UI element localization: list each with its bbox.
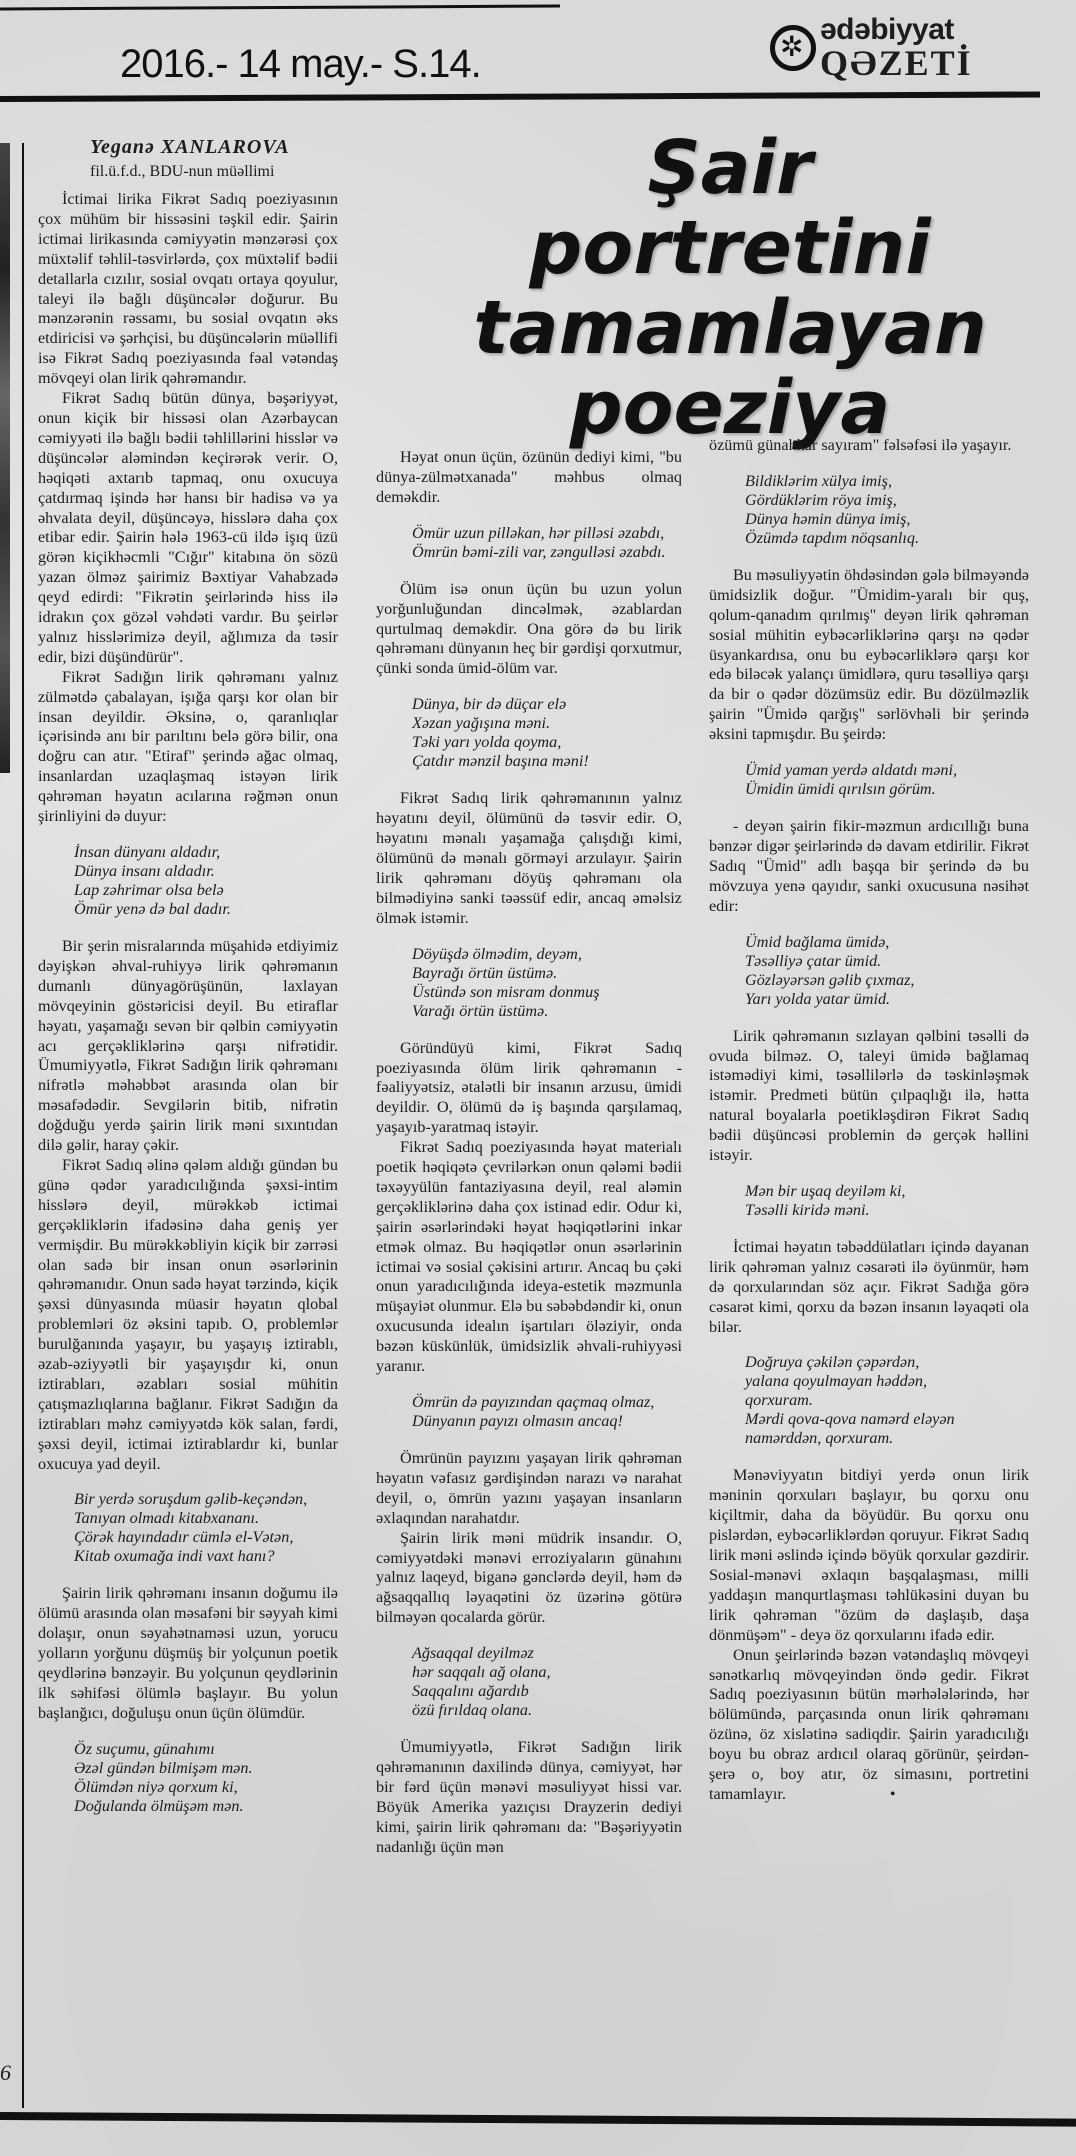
poem-line: Varağı örtün üstümə. <box>412 1002 682 1021</box>
article-paragraph: Həyat onun üçün, özünün dediyi kimi, "bu… <box>376 448 682 508</box>
poem-line: Təsəlli kiridə məni. <box>745 1201 1029 1220</box>
article-paragraph: Mənəviyyatın bitdiyi yerdə onun lirik mə… <box>709 1466 1029 1645</box>
citation-stamp: 2016.- 14 may.- S.14. <box>120 42 481 87</box>
article-paragraph: Fikrət Sadıq bütün dünya, bəşəriyyət, on… <box>38 389 338 668</box>
poem-excerpt: Doğruya çəkilən çəpərdən,yalana qoyulmay… <box>745 1353 1029 1448</box>
article-paragraph: Göründüyü kimi, Fikrət Sadıq poeziyasınd… <box>376 1039 682 1139</box>
poem-line: Bayrağı örtün üstümə. <box>412 964 682 983</box>
header-rule <box>0 91 1040 102</box>
newspaper-masthead: ədəbiyyat QƏZETİ <box>770 10 1010 86</box>
poem-line: Əzəl gündən bilmişəm mən. <box>74 1759 338 1778</box>
poem-line: Bir yerdə soruşdum gəlib-keçəndən, <box>74 1490 338 1509</box>
article-paragraph: Fikrət Sadıq lirik qəhrəmanının yalnız h… <box>376 789 682 928</box>
column-separator <box>22 143 24 2108</box>
poem-line: Üstündə son misram donmuş <box>412 983 682 1002</box>
poem-line: Ölümdən niyə qorxum ki, <box>74 1778 338 1797</box>
article-paragraph: Fikrət Sadığın lirik qəhrəmanı yalnız zü… <box>38 668 338 827</box>
poem-excerpt: Öz suçumu, günahımıƏzəl gündən bilmişəm … <box>74 1740 338 1816</box>
article-paragraph: Ömrünün payızını yaşayan lirik qəhrəman … <box>376 1449 682 1529</box>
poem-excerpt: Ümid yaman yerdə aldatdı məni,Ümidin ümi… <box>745 761 1029 799</box>
poem-excerpt: Döyüşdə ölmədim, deyəm,Bayrağı örtün üst… <box>412 945 682 1021</box>
adjacent-photo-edge <box>0 143 10 773</box>
poem-line: Döyüşdə ölmədim, deyəm, <box>412 945 682 964</box>
article-paragraph: Fikrət Sadıq poeziyasında həyat material… <box>376 1138 682 1377</box>
poem-line: Gördüklərim röya imiş, <box>745 491 1029 510</box>
article-headline: Şair portretini tamamlayan poeziya <box>450 128 1010 448</box>
article-column-1: İctimai lirika Fikrət Sadıq poeziyasının… <box>38 190 338 1834</box>
poem-excerpt: Ağsaqqal deyilməzhər saqqalı ağ olana,Sa… <box>412 1644 682 1720</box>
poem-line: Təsəlliyə çatar ümid. <box>745 952 1029 971</box>
poem-line: Dünya, bir də düçar elə <box>412 695 682 714</box>
poem-line: qorxuram. <box>745 1391 1029 1410</box>
poem-excerpt: Dünya, bir də düçar eləXəzan yağışına mə… <box>412 695 682 771</box>
footer-rule <box>0 2112 1076 2127</box>
poem-line: özü fırıldaq olana. <box>412 1701 682 1720</box>
author-affiliation: fil.ü.f.d., BDU-nun müəllimi <box>90 163 290 181</box>
article-paragraph: Fikrət Sadıq əlinə qələm aldığı gündən b… <box>38 1156 338 1475</box>
poem-line: Ömür uzun pilləkan, hər pilləsi əzabdı, <box>412 524 682 543</box>
article-column-2: Həyat onun üçün, özünün dediyi kimi, "bu… <box>376 448 682 1858</box>
poem-line: Doğulanda ölmüşəm mən. <box>74 1797 338 1816</box>
poem-line: Ömrün də payızından qaçmaq olmaz, <box>412 1393 682 1412</box>
poem-line: Saqqalını ağardıb <box>412 1682 682 1701</box>
masthead-bottom-word: QƏZETİ <box>820 45 973 81</box>
poem-line: Mən bir uşaq deyiləm ki, <box>745 1182 1029 1201</box>
poem-line: Dünyanın payızı olmasın ancaq! <box>412 1412 682 1431</box>
poem-line: Ümid bağlama ümidə, <box>745 933 1029 952</box>
article-paragraph: Şairin lirik qəhrəmanı insanın doğumu il… <box>38 1584 338 1723</box>
poem-line: Xəzan yağışına məni. <box>412 714 682 733</box>
poem-line: Bildiklərim xülya imiş, <box>745 472 1029 491</box>
wheel-emblem-icon <box>770 25 816 71</box>
poem-line: namərddən, qorxuram. <box>745 1429 1029 1448</box>
poem-line: Təki yarı yolda qoyma, <box>412 733 682 752</box>
poem-line: Çörək hayındadır cümlə el-Vətən, <box>74 1528 338 1547</box>
byline: Yeganə XANLAROVA fil.ü.f.d., BDU-nun müə… <box>90 136 290 181</box>
article-paragraph: Lirik qəhrəmanın sızlayan qəlbini təsəll… <box>709 1027 1029 1166</box>
article-paragraph: özümü günahkar sayıram" fəlsəfəsi ilə ya… <box>709 436 1029 456</box>
article-paragraph: Şairin lirik məni müdrik insandır. O, cə… <box>376 1529 682 1629</box>
poem-line: Dünya insanı aldadır. <box>74 862 338 881</box>
article-paragraph: Bir şerin misralarında müşahidə etdiyimi… <box>38 937 338 1156</box>
article-paragraph: İctimai həyatın təbəddülatları içində da… <box>709 1238 1029 1338</box>
poem-line: Özümdə tapdım nöqsanlıq. <box>745 529 1029 548</box>
poem-line: İnsan dünyanı aldadır, <box>74 843 338 862</box>
end-of-article-mark: • <box>866 1785 896 1805</box>
masthead-top-word: ədəbiyyat <box>820 15 973 45</box>
poem-excerpt: Bir yerdə soruşdum gəlib-keçəndən,Tanıya… <box>74 1490 338 1566</box>
article-paragraph: İctimai lirika Fikrət Sadıq poeziyasının… <box>38 190 338 389</box>
poem-line: yalana qoyulmayan həddən, <box>745 1372 1029 1391</box>
poem-line: Ümidin ümidi qırılsın görüm. <box>745 780 1029 799</box>
article-column-3: özümü günahkar sayıram" fəlsəfəsi ilə ya… <box>709 436 1029 1805</box>
article-paragraph: Ölüm isə onun üçün bu uzun yolun yorğunl… <box>376 580 682 680</box>
poem-line: Doğruya çəkilən çəpərdən, <box>745 1353 1029 1372</box>
poem-excerpt: Ömrün də payızından qaçmaq olmaz,Dünyanı… <box>412 1393 682 1431</box>
article-paragraph: - deyən şairin fikir-məzmun ardıcıllığı … <box>709 817 1029 917</box>
poem-line: Öz suçumu, günahımı <box>74 1740 338 1759</box>
page-number: 6 <box>0 2060 11 2086</box>
poem-line: Ömrün bəmi-zili var, zəngulləsi əzabdı. <box>412 543 682 562</box>
poem-excerpt: İnsan dünyanı aldadır,Dünya insanı aldad… <box>74 843 338 919</box>
poem-line: Ömür yenə də bal dadır. <box>74 900 338 919</box>
poem-excerpt: Mən bir uşaq deyiləm ki,Təsəlli kiridə m… <box>745 1182 1029 1220</box>
poem-line: Tanıyan olmadı kitabxananı. <box>74 1509 338 1528</box>
poem-line: Ağsaqqal deyilməz <box>412 1644 682 1663</box>
author-name: Yeganə XANLAROVA <box>90 136 290 159</box>
poem-excerpt: Bildiklərim xülya imiş,Gördüklərim röya … <box>745 472 1029 548</box>
poem-excerpt: Ömür uzun pilləkan, hər pilləsi əzabdı,Ö… <box>412 524 682 562</box>
top-rule <box>0 5 560 11</box>
poem-line: Çatdır mənzil başına məni! <box>412 752 682 771</box>
poem-line: Kitab oxumağa indi vaxt hanı? <box>74 1547 338 1566</box>
article-paragraph: Onun şeirlərində bəzən vətəndaşlıq mövqe… <box>709 1646 1029 1805</box>
poem-excerpt: Ümid bağlama ümidə,Təsəlliyə çatar ümid.… <box>745 933 1029 1009</box>
article-paragraph: Bu məsuliyyətin öhdəsindən gələ bilməyən… <box>709 566 1029 745</box>
poem-line: Ümid yaman yerdə aldatdı məni, <box>745 761 1029 780</box>
poem-line: Lap zəhrimar olsa belə <box>74 881 338 900</box>
poem-line: Dünya həmin dünya imiş, <box>745 510 1029 529</box>
article-paragraph: Ümumiyyətlə, Fikrət Sadığın lirik qəhrəm… <box>376 1738 682 1857</box>
poem-line: Gözləyərsən gəlib çıxmaz, <box>745 971 1029 990</box>
poem-line: Yarı yolda yatar ümid. <box>745 990 1029 1009</box>
poem-line: hər saqqalı ağ olana, <box>412 1663 682 1682</box>
poem-line: Mərdi qova-qova namərd eləyən <box>745 1410 1029 1429</box>
